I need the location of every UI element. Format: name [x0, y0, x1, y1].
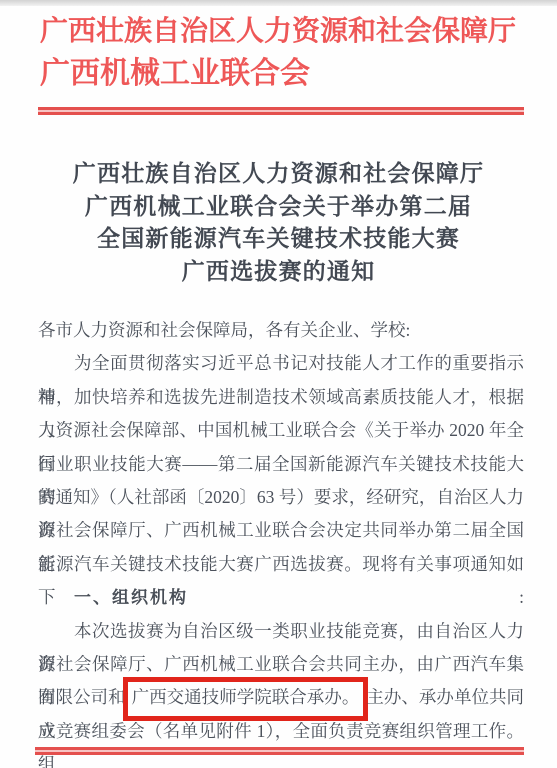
document-title: 广西壮族自治区人力资源和社会保障厅 广西机械工业联合会关于举办第二届 全国新能源…: [0, 158, 557, 288]
letterhead: 广西壮族自治区人力资源和社会保障厅 广西机械工业联合会: [40, 10, 521, 94]
highlight-before-text: 有限公司和: [38, 687, 126, 707]
title-line-3: 全国新能源汽车关键技术技能大赛: [0, 223, 557, 256]
paragraph2-line: 立竞赛组委会（名单见附件 1），全面负责竞赛组织管理工作。组: [38, 715, 524, 748]
letterhead-org-line2: 广西机械工业联合会: [40, 54, 521, 94]
bottom-annotation-rule: [35, 747, 524, 755]
paragraph1-line: 力资源社会保障部、中国机械工业联合会《关于举办 2020 年全国: [38, 414, 524, 447]
paragraph1-line: 为全面贯彻落实习近平总书记对技能人才工作的重要指示精: [38, 347, 524, 380]
paragraph2-line-with-highlight: 有限公司和广西交通技师学院联合承办。主办、承办单位共同成: [38, 681, 524, 714]
title-line-2: 广西机械工业联合会关于举办第二届: [0, 191, 557, 224]
paragraph2-line: 本次选拔赛为自治区级一类职业技能竞赛，由自治区人力资: [38, 615, 524, 648]
paragraph1-line: 能源汽车关键技术技能大赛广西选拔赛。现将有关事项通知如下:: [38, 548, 524, 581]
title-line-1: 广西壮族自治区人力资源和社会保障厅: [0, 158, 557, 191]
paragraph1-line: 神，加快培养和选拔先进制造技术领域高素质技能人才，根据人: [38, 381, 524, 414]
paragraph2-line: 源社会保障厅、广西机械工业联合会共同主办，由广西汽车集团: [38, 648, 524, 681]
scan-edge-artifact: [0, 0, 557, 6]
paragraph1-line: 源社会保障厅、广西机械工业联合会决定共同举办第二届全国新: [38, 514, 524, 547]
paragraph1-line: 的通知》（人社部函〔2020〕63 号）要求，经研究，自治区人力资: [38, 481, 524, 514]
letterhead-divider-rule: [38, 107, 524, 115]
document-page: 广西壮族自治区人力资源和社会保障厅 广西机械工业联合会 广西壮族自治区人力资源和…: [0, 0, 557, 768]
paragraph1-line: 行业职业技能大赛——第二届全国新能源汽车关键技术技能大赛: [38, 448, 524, 481]
letterhead-org-line1: 广西壮族自治区人力资源和社会保障厅: [40, 10, 521, 54]
title-line-4: 广西选拔赛的通知: [0, 256, 557, 289]
salutation-line: 各市人力资源和社会保障局，各有关企业、学校:: [38, 314, 524, 347]
document-body: 各市人力资源和社会保障局，各有关企业、学校: 为全面贯彻落实习近平总书记对技能人…: [38, 314, 524, 748]
